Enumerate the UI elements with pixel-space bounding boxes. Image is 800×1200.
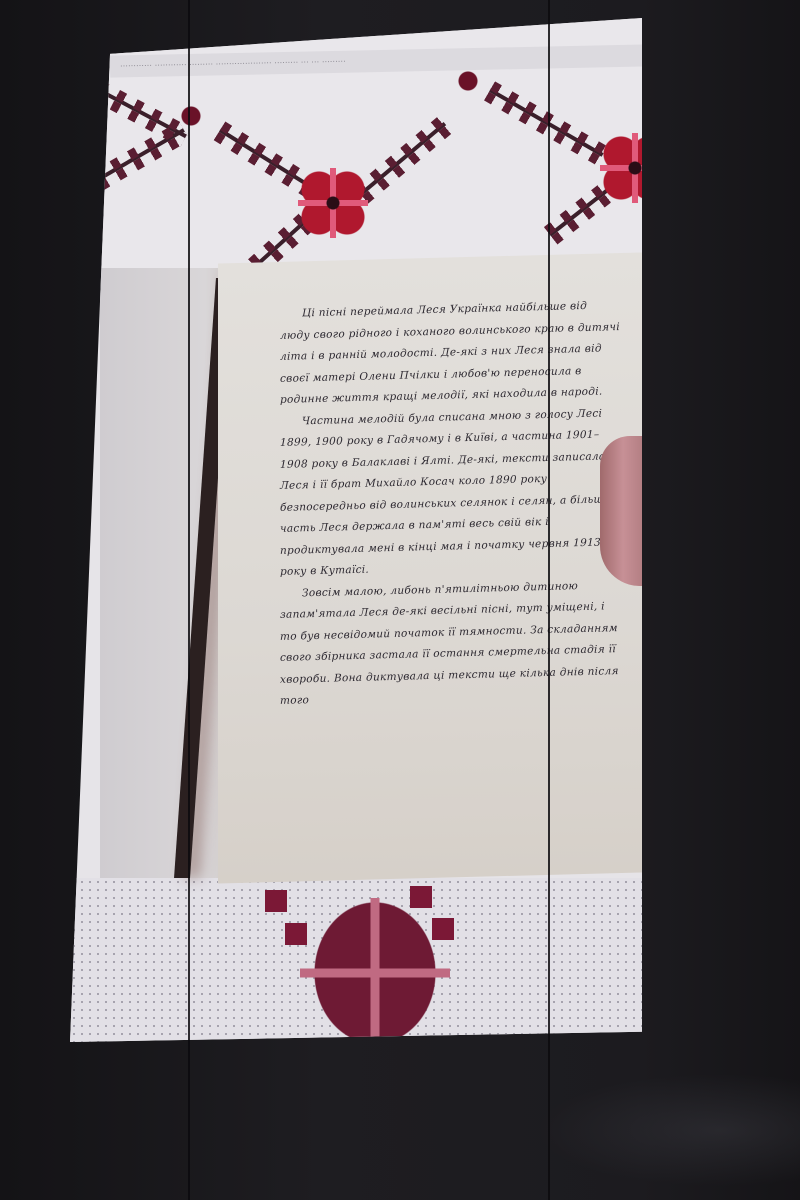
embroidered-small-flower	[455, 68, 481, 94]
embroidered-small-flower	[410, 886, 432, 908]
manuscript-paragraph: Ці пісні переймала Леся Українка найбіль…	[280, 295, 620, 411]
open-manuscript-book: Ці пісні переймала Леся Українка найбіль…	[100, 248, 642, 888]
manuscript-paragraph: Зовсім малою, либонь п'ятилітньою дитино…	[280, 575, 620, 713]
embroidered-small-flower	[285, 923, 307, 945]
embroidery-diagonal	[489, 88, 604, 156]
embroidered-flower	[298, 168, 368, 238]
embroidered-cloth-top: ………… ………… ……… ………………… ……… … … ………	[70, 18, 642, 268]
screen-panel-seam	[548, 0, 550, 1200]
embroidered-small-flower	[265, 890, 287, 912]
manuscript-paragraph: Частина мелодій була списана мною з голо…	[280, 403, 620, 584]
screen-panel-seam	[188, 0, 190, 1200]
embroidered-small-flower	[432, 918, 454, 940]
handwritten-text: Ці пісні переймала Леся Українка найбіль…	[280, 295, 620, 712]
projected-photo: ………… ………… ……… ………………… ……… … … ……… Ці піс…	[70, 18, 642, 1042]
right-page: Ці пісні переймала Леся Українка найбіль…	[218, 252, 642, 883]
finger-holding-page	[600, 436, 642, 586]
embroidered-flower	[600, 133, 642, 203]
embroidered-small-flower	[178, 103, 204, 129]
embroidered-flower-bottom	[300, 898, 450, 1042]
